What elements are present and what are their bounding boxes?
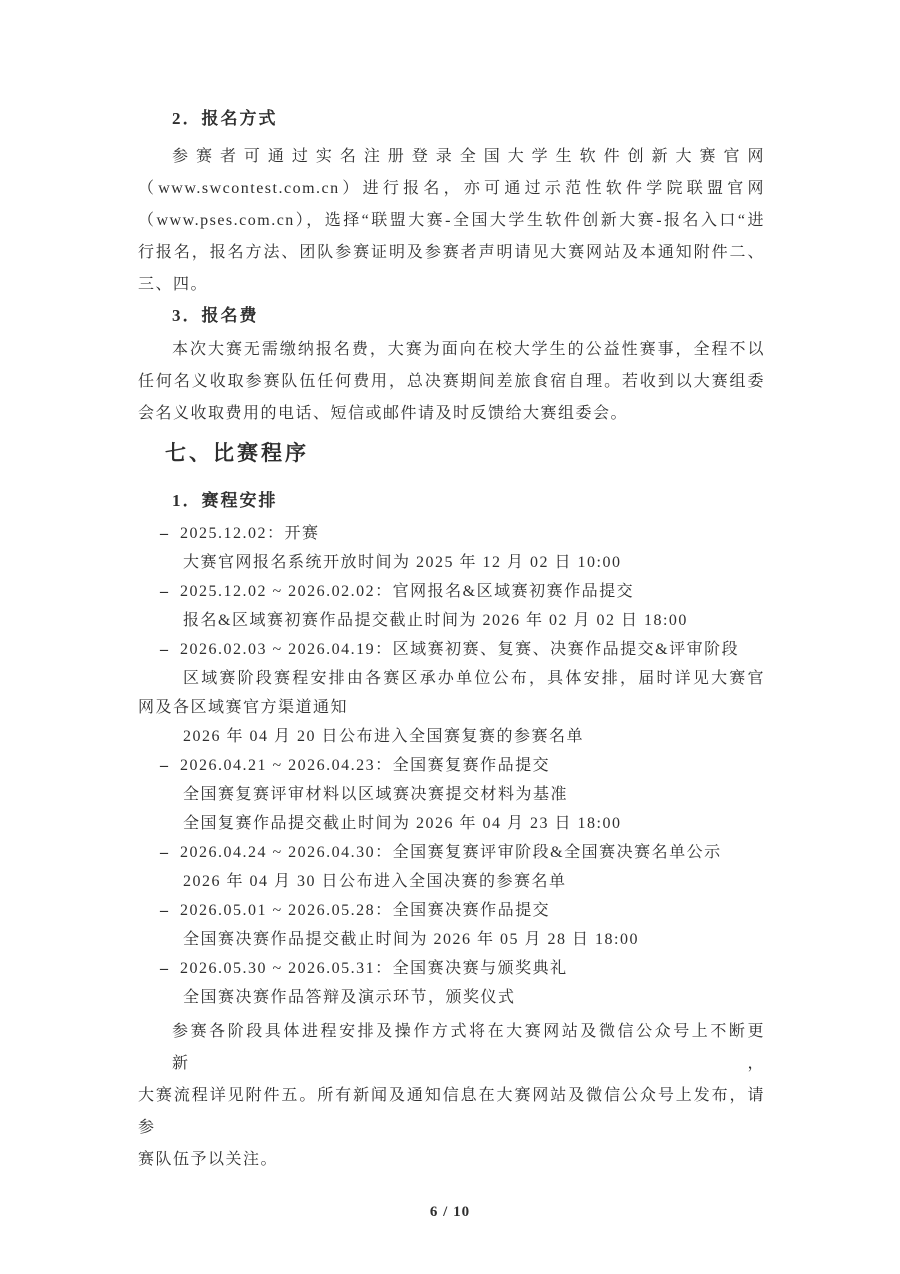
schedule-row: –2026.02.03 ~ 2026.04.19：区域赛初赛、复赛、决赛作品提交…	[138, 635, 765, 664]
schedule-detail: 区域赛阶段赛程安排由各赛区承办单位公布，具体安排，届时详见大赛官	[138, 664, 765, 693]
page-number: 6 / 10	[0, 1204, 900, 1221]
schedule-entry: 2026.05.01 ~ 2026.05.28：全国赛决赛作品提交	[180, 902, 550, 919]
document-content: 2．报名方式 参赛者可通过实名注册登录全国大学生软件创新大赛官网 （www.sw…	[138, 0, 765, 1176]
schedule-row: –2025.12.02：开赛	[138, 519, 765, 548]
dash-bullet: –	[160, 751, 168, 780]
text-line: 参赛者可通过实名注册登录全国大学生软件创新大赛官网	[138, 141, 765, 173]
text-line: （www.swcontest.com.cn）进行报名，亦可通过示范性软件学院联盟…	[138, 173, 765, 205]
schedule-detail: 报名&区域赛初赛作品提交截止时间为 2026 年 02 月 02 日 18:00	[138, 606, 765, 635]
schedule-row: –2026.05.01 ~ 2026.05.28：全国赛决赛作品提交	[138, 896, 765, 925]
text-line: 本次大赛无需缴纳报名费，大赛为面向在校大学生的公益性赛事，全程不以	[138, 334, 765, 366]
dash-bullet: –	[160, 954, 168, 983]
heading-schedule-arrangement: 1．赛程安排	[138, 488, 765, 514]
schedule-detail: 网及各区域赛官方渠道通知	[138, 693, 765, 722]
schedule-list: –2025.12.02：开赛 大赛官网报名系统开放时间为 2025 年 12 月…	[138, 519, 765, 1012]
schedule-entry: 2025.12.02 ~ 2026.02.02：官网报名&区域赛初赛作品提交	[180, 583, 634, 600]
schedule-entry: 2026.04.24 ~ 2026.04.30：全国赛复赛评审阶段&全国赛决赛名…	[180, 844, 722, 861]
schedule-entry: 2025.12.02：开赛	[180, 525, 320, 542]
schedule-detail: 全国赛决赛作品答辩及演示环节，颁奖仪式	[138, 983, 765, 1012]
schedule-detail: 2026 年 04 月 20 日公布进入全国赛复赛的参赛名单	[138, 722, 765, 751]
schedule-row: –2026.04.21 ~ 2026.04.23：全国赛复赛作品提交	[138, 751, 765, 780]
schedule-entry: 2026.05.30 ~ 2026.05.31：全国赛决赛与颁奖典礼	[180, 960, 568, 977]
heading-registration-fee: 3．报名费	[138, 303, 765, 329]
schedule-row: –2026.04.24 ~ 2026.04.30：全国赛复赛评审阶段&全国赛决赛…	[138, 838, 765, 867]
schedule-entry: 2026.04.21 ~ 2026.04.23：全国赛复赛作品提交	[180, 757, 550, 774]
text-line: 会名义收取费用的电话、短信或邮件请及时反馈给大赛组委会。	[138, 398, 765, 430]
schedule-detail: 2026 年 04 月 30 日公布进入全国决赛的参赛名单	[138, 867, 765, 896]
text-line: 三、四。	[138, 269, 765, 301]
closing-note-paragraph: 参赛各阶段具体进程安排及操作方式将在大赛网站及微信公众号上不断更新， 大赛流程详…	[138, 1016, 765, 1176]
text-line: 赛队伍予以关注。	[138, 1144, 765, 1176]
schedule-detail: 全国赛决赛作品提交截止时间为 2026 年 05 月 28 日 18:00	[138, 925, 765, 954]
heading-competition-procedure: 七、比赛程序	[138, 438, 765, 468]
dash-bullet: –	[160, 635, 168, 664]
text-line: 大赛流程详见附件五。所有新闻及通知信息在大赛网站及微信公众号上发布，请参	[138, 1080, 765, 1144]
schedule-detail: 全国复赛作品提交截止时间为 2026 年 04 月 23 日 18:00	[138, 809, 765, 838]
dash-bullet: –	[160, 519, 168, 548]
registration-fee-paragraph: 本次大赛无需缴纳报名费，大赛为面向在校大学生的公益性赛事，全程不以 任何名义收取…	[138, 334, 765, 430]
text-line: 行报名，报名方法、团队参赛证明及参赛者声明请见大赛网站及本通知附件二、	[138, 237, 765, 269]
dash-bullet: –	[160, 838, 168, 867]
text-line: （www.pses.com.cn），选择“联盟大赛-全国大学生软件创新大赛-报名…	[138, 205, 765, 237]
registration-method-paragraph: 参赛者可通过实名注册登录全国大学生软件创新大赛官网 （www.swcontest…	[138, 141, 765, 301]
text-line: 参赛各阶段具体进程安排及操作方式将在大赛网站及微信公众号上不断更新，	[138, 1016, 765, 1080]
dash-bullet: –	[160, 896, 168, 925]
dash-bullet: –	[160, 577, 168, 606]
heading-registration-method: 2．报名方式	[138, 106, 765, 132]
schedule-detail: 大赛官网报名系统开放时间为 2025 年 12 月 02 日 10:00	[138, 548, 765, 577]
schedule-entry: 2026.02.03 ~ 2026.04.19：区域赛初赛、复赛、决赛作品提交&…	[180, 641, 739, 658]
schedule-row: –2026.05.30 ~ 2026.05.31：全国赛决赛与颁奖典礼	[138, 954, 765, 983]
schedule-row: –2025.12.02 ~ 2026.02.02：官网报名&区域赛初赛作品提交	[138, 577, 765, 606]
schedule-detail: 全国赛复赛评审材料以区域赛决赛提交材料为基准	[138, 780, 765, 809]
text-line: 任何名义收取参赛队伍任何费用，总决赛期间差旅食宿自理。若收到以大赛组委	[138, 366, 765, 398]
document-page: 2．报名方式 参赛者可通过实名注册登录全国大学生软件创新大赛官网 （www.sw…	[0, 0, 900, 1274]
